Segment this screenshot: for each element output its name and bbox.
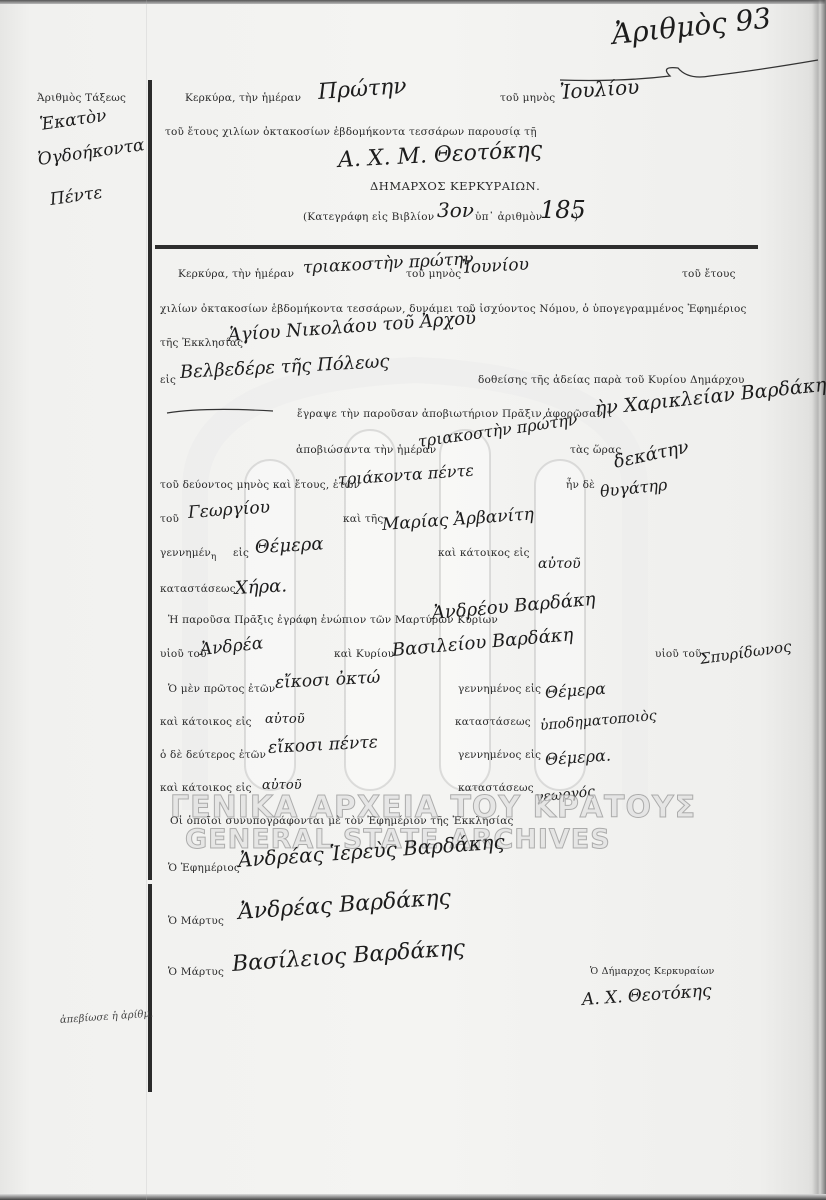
witness2-signature: Βασίλειος Βαρδάκης	[231, 936, 466, 977]
act-month-label: τοῦ μηνὸς	[406, 268, 461, 280]
location-value: Βελβεδέρε τῆς Πόλεως	[179, 351, 390, 383]
reg-month-label: τοῦ μηνὸς	[500, 92, 555, 104]
reg-day-label: Κερκύρα, τὴν ἡμέραν	[185, 92, 301, 104]
w2-age-label: ὁ δὲ δεύτερος ἐτῶν	[160, 749, 266, 761]
page-bottom-edge	[0, 1194, 826, 1200]
margin-vertical-rule-lower	[148, 884, 152, 1092]
act-year-label: τοῦ ἔτους	[682, 268, 736, 280]
order-number-word-1: Ἑκατὸν	[39, 106, 108, 135]
mayor-header-signature: Α. Χ. Μ. Θεοτόκης	[337, 137, 542, 173]
w2-birthplace: Θέμερα.	[544, 745, 611, 769]
priest-label: Ὁ Ἐφημέριος	[168, 862, 240, 874]
reg-year-line: τοῦ ἔτους χιλίων ὀκτακοσίων ἑβδομήκοντα …	[165, 126, 537, 138]
mother-name: Μαρίας Ἀρβανίτη	[381, 504, 534, 535]
order-number-word-2: Ὀγδοήκοντα	[37, 135, 146, 170]
w1-residence-value: αὐτοῦ	[265, 712, 305, 727]
mayor-title: ΔΗΜΑΡΧΟΣ ΚΕΡΚΥΡΑΙΩΝ.	[370, 179, 540, 193]
status-value: Χήρα.	[234, 575, 287, 599]
order-number-label: Ἀριθμὸς Τάξεως	[37, 92, 126, 104]
relation-value: θυγάτηρ	[599, 475, 668, 501]
birthplace-value: Θέμερα	[254, 533, 324, 558]
born-label-text: γεννημέν	[160, 547, 211, 559]
age-value: τριάκοντα πέντε	[337, 461, 474, 489]
dash-filler-stroke	[165, 405, 275, 417]
w2-born-label: γεννημένος εἰς	[458, 749, 541, 761]
record-number-value: 185	[540, 196, 586, 224]
act-month-value: Ἰουνίου	[461, 255, 529, 278]
w2-father-label: υἱοῦ τοῦ	[655, 648, 702, 660]
order-number-word-3: Πέντε	[49, 183, 104, 210]
reg-day-value: Πρώτην	[317, 74, 407, 105]
father-name: Γεωργίου	[187, 497, 270, 523]
status-label: καταστάσεως	[160, 583, 236, 595]
death-hour-value: δεκάτην	[612, 436, 691, 472]
father-label: τοῦ	[160, 513, 179, 525]
w2-age-value: εἴκοσι πέντε	[267, 732, 378, 758]
mayor-footer-label: Ὁ Δήμαρχος Κερκυραίων	[590, 966, 715, 977]
margin-vertical-rule-upper	[148, 80, 152, 880]
record-close-paren: )	[574, 211, 578, 223]
mayor-footer-signature: Α. Χ. Θεοτόκης	[581, 981, 712, 1010]
act-day-label: Κερκύρα, τὴν ἡμέραν	[178, 268, 294, 280]
w1-status-value: ὑποδηματοποιὸς	[539, 708, 657, 734]
record-number-label: ὑπ᾽ ἀριθμὸν	[475, 211, 542, 223]
w1-father-name: Ἀνδρέα	[199, 633, 264, 660]
page-fold-line	[146, 0, 147, 1200]
relation-label: ἦν δὲ	[566, 479, 595, 491]
witness1-signature: Ἀνδρέας Βαρδάκης	[237, 885, 452, 925]
witness1-name: Ἀνδρέου Βαρδάκη	[431, 589, 596, 624]
w2-intro-label: καὶ Κυρίου	[334, 648, 394, 660]
margin-bottom-note: ἀπεβίωσε ἡ ἀρίθμ.	[60, 1009, 154, 1026]
born-gender-suffix: η	[211, 552, 216, 562]
w2-father-name: Σπυρίδωνος	[699, 637, 793, 668]
page-number-annotation: Ἀριθμὸς 93	[610, 1, 772, 51]
w1-age-label: Ὁ μὲν πρῶτος ἐτῶν	[168, 683, 275, 695]
permit-text: δοθείσης τῆς ἀδείας παρὰ τοῦ Κυρίου Δημά…	[478, 374, 745, 386]
death-day-label: ἀποβιώσαντα τὴν ἡμέραν	[296, 444, 436, 456]
page-top-edge	[0, 0, 826, 4]
w1-residence-label: καὶ κάτοικος εἰς	[160, 716, 252, 728]
page-binding-edge	[812, 0, 826, 1200]
mother-label: καὶ τῆς	[343, 513, 384, 525]
book-label: (Κατεγράφη εἰς Βιβλίον	[303, 211, 434, 223]
w1-status-label: καταστάσεως	[455, 716, 531, 728]
residence-label: καὶ κάτοικος εἰς	[438, 547, 530, 559]
born-label: γεννημένη	[160, 547, 216, 562]
w1-birthplace: Θέμερα	[544, 679, 606, 702]
w1-born-label: γεννημένος εἰς	[458, 683, 541, 695]
residence-value: αὐτοῦ	[538, 556, 581, 572]
age-label: τοῦ δεύοντος μηνὸς καὶ ἔτους, ἐτῶν	[160, 479, 360, 491]
w1-age-value: εἴκοσι ὀκτώ	[274, 667, 380, 692]
cosign-text: Οἱ ὁποῖοι συνυπογράφονται μὲ τὸν Ἐφημέρι…	[170, 815, 514, 827]
reg-month-value: Ἰουλίου	[559, 74, 640, 103]
location-label: εἰς	[160, 374, 176, 386]
scanned-register-page: Ἀριθμὸς 93 Ἀριθμὸς Τάξεως Ἑκατὸν Ὀγδοήκο…	[0, 0, 826, 1200]
witness2-name: Βασιλείου Βαρδάκη	[391, 624, 574, 661]
witness2-label: Ὁ Μάρτυς	[168, 966, 224, 978]
born-in-label: εἰς	[233, 547, 249, 559]
witness1-label: Ὁ Μάρτυς	[168, 915, 224, 927]
book-value: 3ον	[437, 198, 474, 222]
section-divider-rule	[155, 245, 758, 249]
